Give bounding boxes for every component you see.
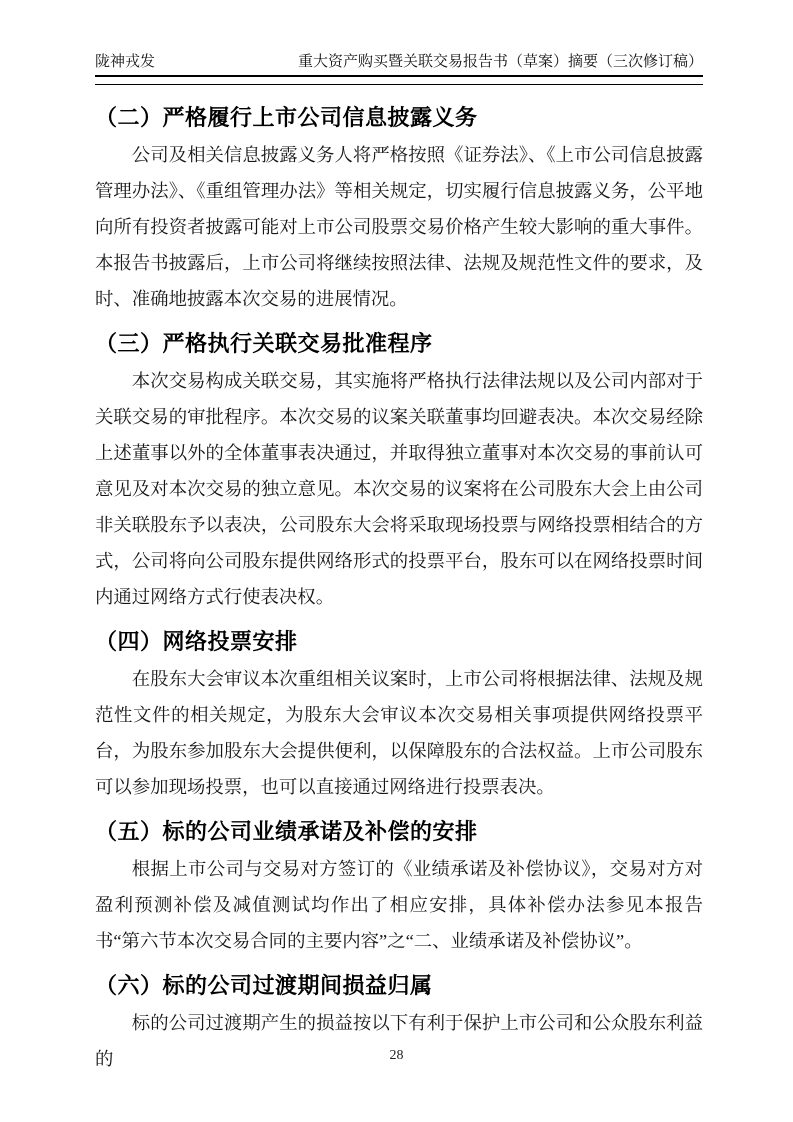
document-body: （二）严格履行上市公司信息披露义务 公司及相关信息披露义务人将严格按照《证券法》…	[95, 103, 703, 1077]
section-paragraph: 本次交易构成关联交易，其实施将严格执行法律法规以及公司内部对于关联交易的审批程序…	[95, 363, 703, 615]
section-heading: （六）标的公司过渡期间损益归属	[95, 971, 703, 1001]
section-paragraph: 公司及相关信息披露义务人将严格按照《证券法》、《上市公司信息披露管理办法》、《重…	[95, 137, 703, 317]
header-company-name: 陇神戎发	[95, 52, 155, 72]
page-number: 28	[390, 1048, 404, 1063]
section-heading: （四）网络投票安排	[95, 627, 703, 657]
section-heading: （五）标的公司业绩承诺及补偿的安排	[95, 817, 703, 847]
section-paragraph: 标的公司过渡期产生的损益按以下有利于保护上市公司和公众股东利益的	[95, 1005, 703, 1077]
section-related-transaction-approval: （三）严格执行关联交易批准程序 本次交易构成关联交易，其实施将严格执行法律法规以…	[95, 329, 703, 615]
header-divider-rule	[95, 75, 703, 85]
header-document-title: 重大资产购买暨关联交易报告书（草案）摘要（三次修订稿）	[298, 52, 703, 72]
section-information-disclosure: （二）严格履行上市公司信息披露义务 公司及相关信息披露义务人将严格按照《证券法》…	[95, 103, 703, 317]
section-performance-commitment: （五）标的公司业绩承诺及补偿的安排 根据上市公司与交易对方签订的《业绩承诺及补偿…	[95, 817, 703, 959]
section-heading: （三）严格执行关联交易批准程序	[95, 329, 703, 359]
section-online-voting: （四）网络投票安排 在股东大会审议本次重组相关议案时，上市公司将根据法律、法规及…	[95, 627, 703, 805]
section-paragraph: 在股东大会审议本次重组相关议案时，上市公司将根据法律、法规及规范性文件的相关规定…	[95, 661, 703, 805]
running-header: 陇神戎发 重大资产购买暨关联交易报告书（草案）摘要（三次修订稿）	[95, 0, 703, 72]
section-paragraph: 根据上市公司与交易对方签订的《业绩承诺及补偿协议》，交易对方对盈利预测补偿及减值…	[95, 851, 703, 959]
section-heading: （二）严格履行上市公司信息披露义务	[95, 103, 703, 133]
page-footer: 28	[0, 1048, 793, 1064]
document-page: 陇神戎发 重大资产购买暨关联交易报告书（草案）摘要（三次修订稿） （二）严格履行…	[0, 0, 793, 1122]
